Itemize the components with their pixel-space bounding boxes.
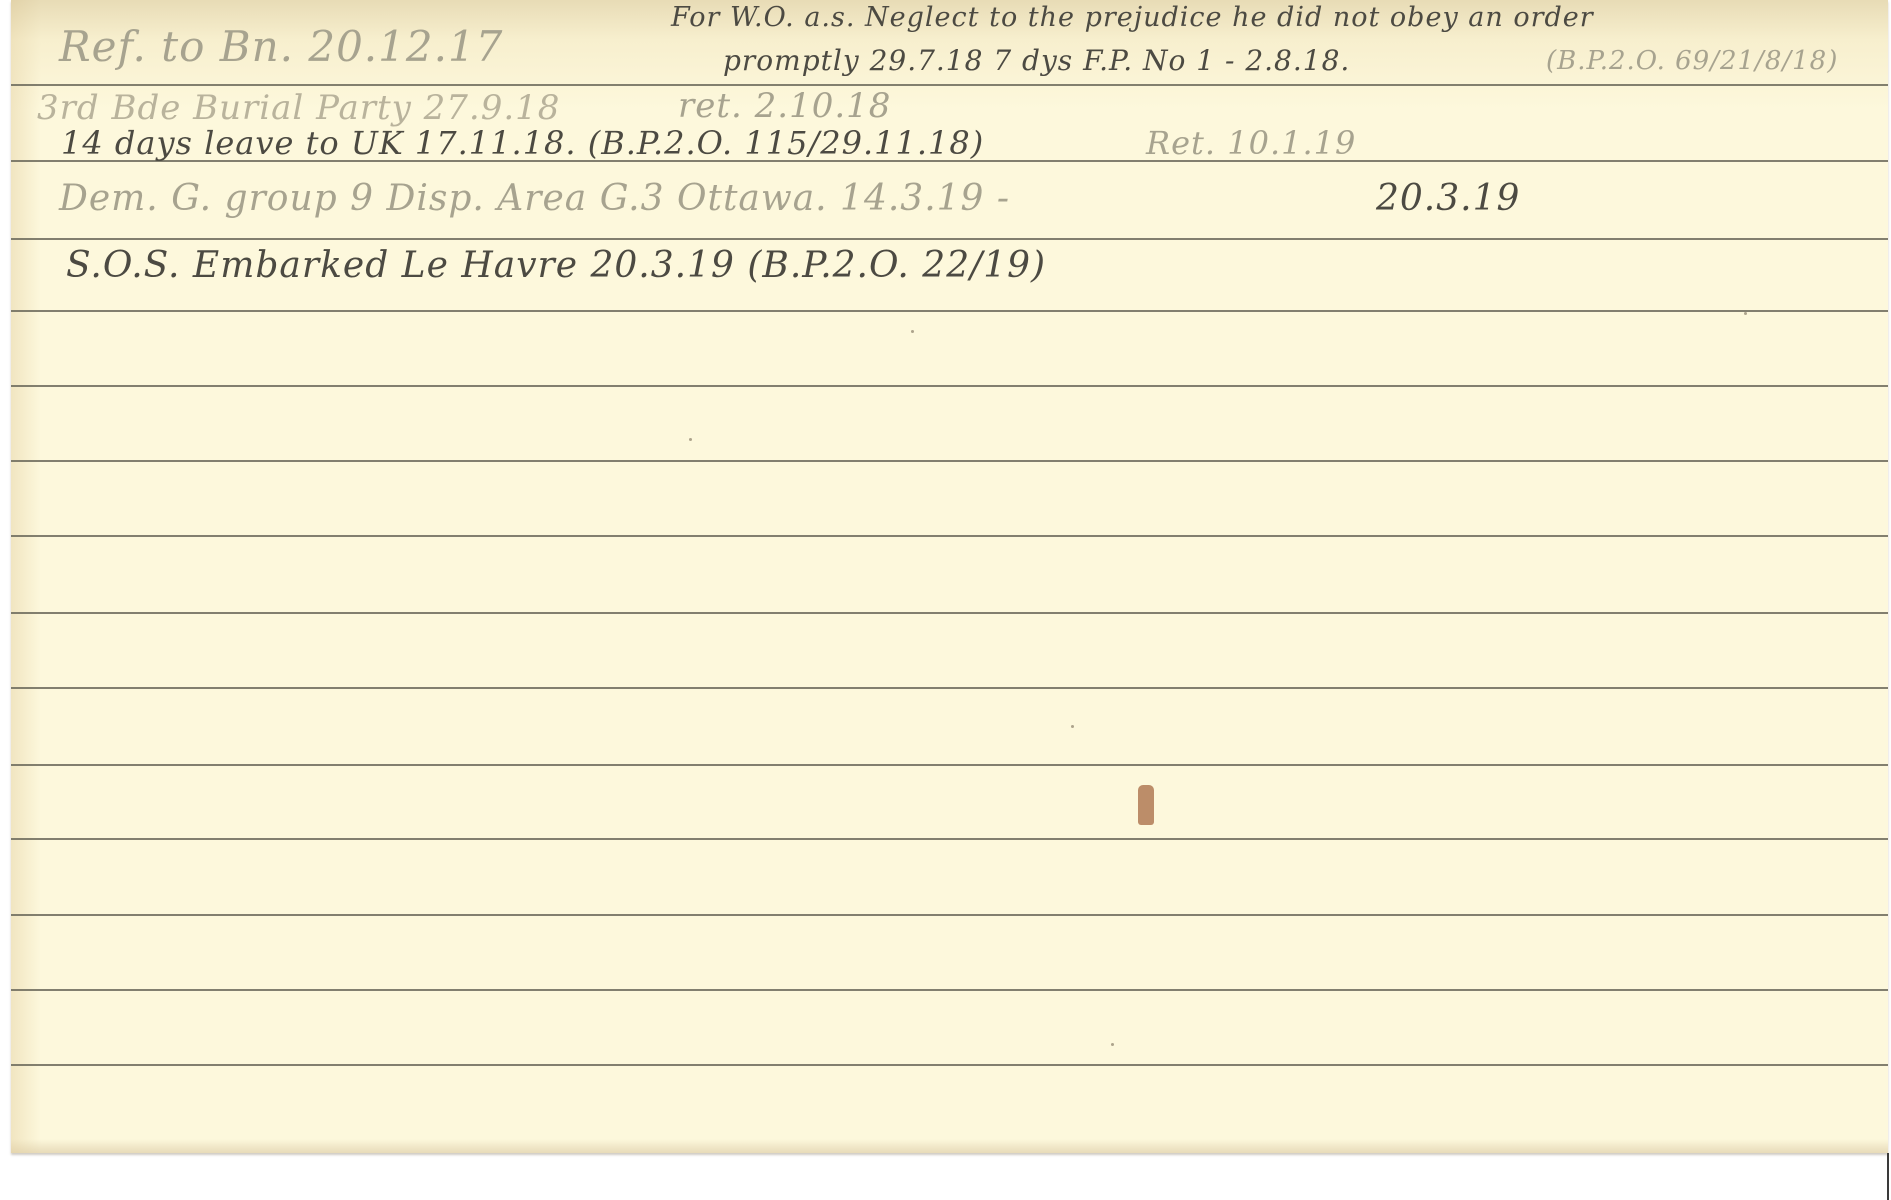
rule-line: [11, 989, 1888, 991]
paper-speck: [1071, 725, 1074, 728]
entry-offence: For W.O. a.s. Neglect to the prejudice h…: [671, 2, 1594, 33]
rule-line: [11, 385, 1888, 387]
rule-line: [11, 612, 1888, 614]
rule-line: [11, 310, 1888, 312]
entry-sos: S.O.S. Embarked Le Havre 20.3.19 (B.P.2.…: [66, 245, 1046, 286]
rule-line: [11, 838, 1888, 840]
rule-line: [11, 687, 1888, 689]
paper-speck: [911, 330, 914, 333]
record-card: Ref. to Bn. 20.12.17 For W.O. a.s. Negle…: [11, 0, 1888, 1153]
entry-offence-cont: promptly 29.7.18 7 dys F.P. No 1 - 2.8.1…: [723, 44, 1350, 77]
paper-speck: [689, 438, 692, 441]
paper-stain: [1138, 785, 1154, 825]
entry-ref: Ref. to Bn. 20.12.17: [59, 22, 503, 71]
scan-edge-line: [1887, 1153, 1889, 1200]
rule-line: [11, 535, 1888, 537]
entry-burial-return: ret. 2.10.18: [678, 86, 891, 126]
rule-line: [11, 84, 1888, 86]
entry-demob: Dem. G. group 9 Disp. Area G.3 Ottawa. 1…: [59, 178, 1010, 219]
rule-line: [11, 460, 1888, 462]
rule-line: [11, 764, 1888, 766]
entry-leave-return: Ret. 10.1.19: [1146, 124, 1356, 162]
paper-speck: [1744, 312, 1747, 315]
entry-offence-ref: (B.P.2.O. 69/21/8/18): [1546, 46, 1838, 76]
rule-line: [11, 914, 1888, 916]
document-page: Ref. to Bn. 20.12.17 For W.O. a.s. Negle…: [0, 0, 1891, 1200]
entry-demob-end: 20.3.19: [1376, 178, 1520, 219]
rule-line: [11, 1064, 1888, 1066]
entry-burial: 3rd Bde Burial Party 27.9.18: [37, 88, 560, 128]
paper-speck: [1111, 1043, 1114, 1046]
rule-line: [11, 238, 1888, 240]
entry-leave: 14 days leave to UK 17.11.18. (B.P.2.O. …: [61, 124, 984, 162]
